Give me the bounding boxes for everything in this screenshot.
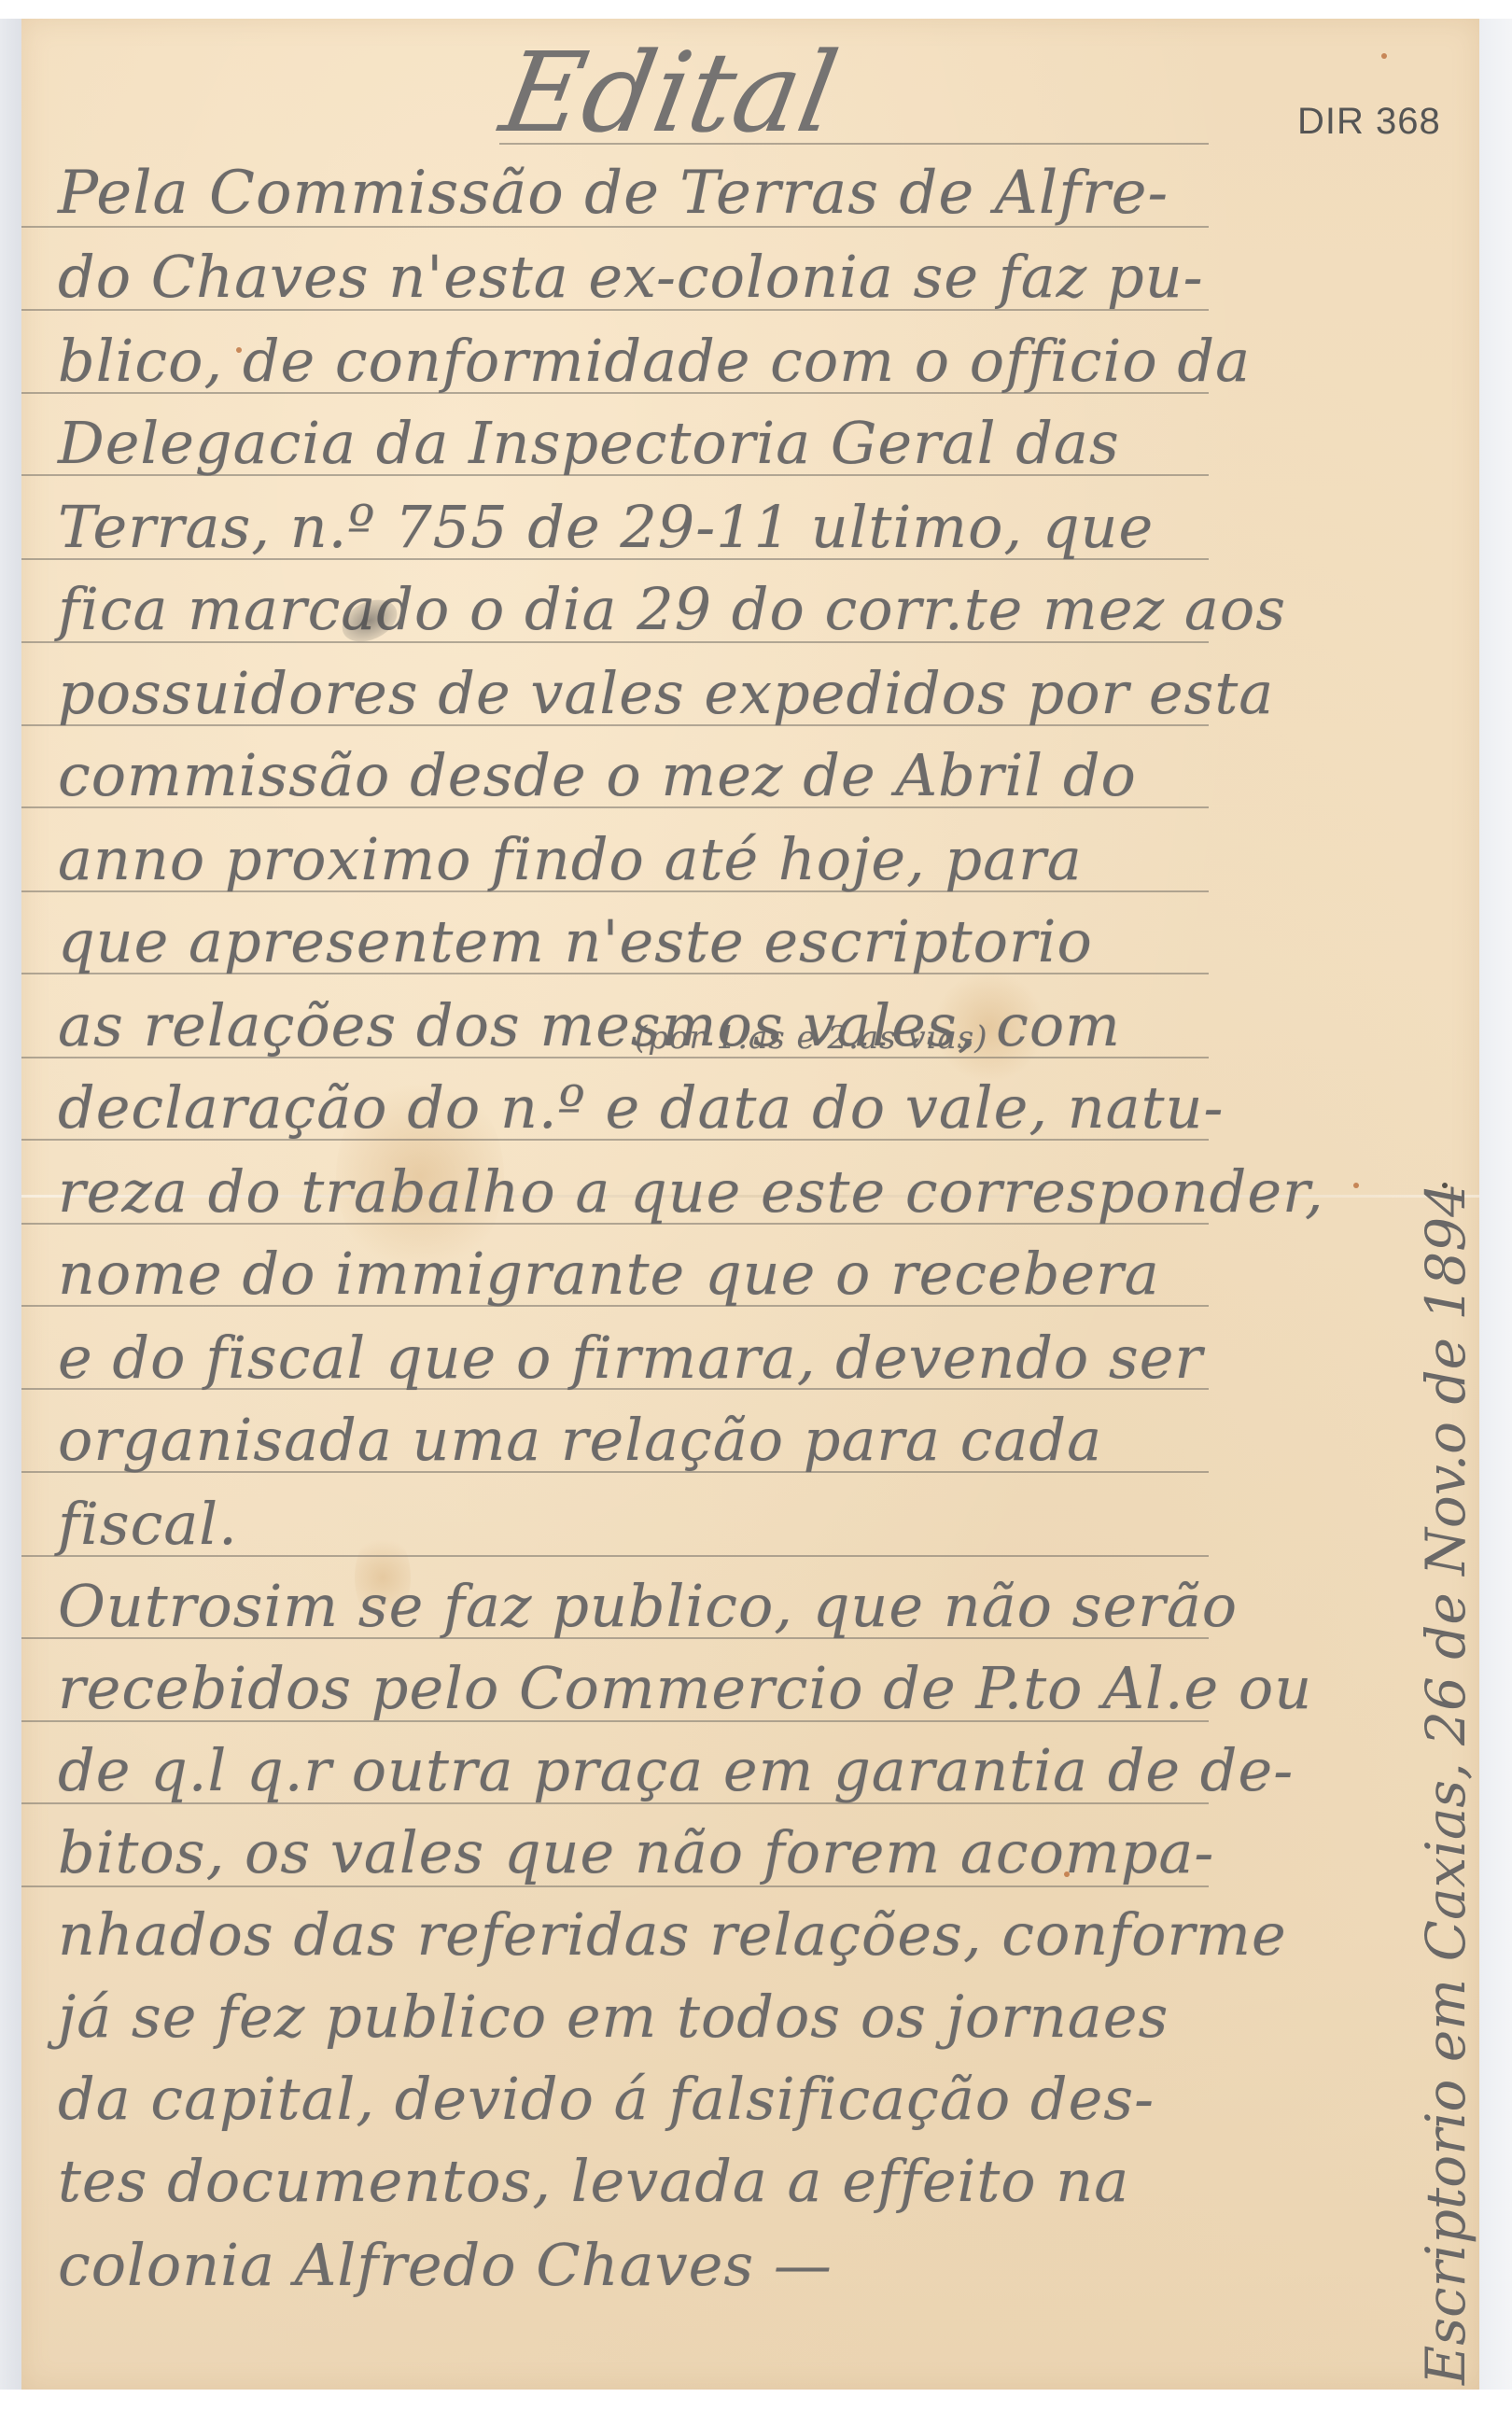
text-line-8: commissão desde o mez de Abril do xyxy=(58,741,1137,809)
text-line-11: as relações dos mesmos vales, com xyxy=(58,991,1121,1059)
text-line-25: tes documentos, levada a effeito na xyxy=(58,2147,1129,2215)
text-line-20: de q.l q.r outra praça em garantia de de… xyxy=(58,1736,1294,1804)
text-line-23: já se fez publico em todos os jornaes xyxy=(58,1983,1169,2051)
archive-reference: DIR 368 xyxy=(1297,101,1441,143)
text-line-10: que apresentem n'este escriptorio xyxy=(58,907,1093,975)
text-line-16: organisada uma relação para cada xyxy=(58,1406,1102,1474)
text-line-12: declaração do n.º e data do vale, natu- xyxy=(58,1073,1224,1142)
text-line-21: bitos, os vales que não forem acompa- xyxy=(58,1818,1214,1886)
text-line-15: e do fiscal que o firmara, devendo ser xyxy=(58,1324,1203,1392)
text-line-22: nhados das referidas relações, conforme xyxy=(58,1900,1287,1969)
ink-speck xyxy=(1381,53,1387,59)
text-line-14: nome do immigrante que o recebera xyxy=(58,1240,1160,1308)
text-line-7: possuidores de vales expedidos por esta xyxy=(58,659,1274,727)
text-line-4: Delegacia da Inspectoria Geral das xyxy=(58,409,1120,477)
text-line-19: recebidos pelo Commercio de P.to Al.e ou xyxy=(58,1654,1312,1722)
text-line-3: blico, de conformidade com o officio da xyxy=(58,327,1251,395)
text-line-13: reza do trabalho a que este corresponder… xyxy=(58,1157,1324,1226)
text-line-26-signature: colonia Alfredo Chaves — xyxy=(58,2231,833,2299)
ink-speck xyxy=(1353,1183,1359,1188)
document-title: Edital xyxy=(493,28,847,157)
text-line-9: anno proximo findo até hoje, para xyxy=(58,825,1083,893)
text-line-5: Terras, n.º 755 de 29-11 ultimo, que xyxy=(58,493,1154,561)
scanner-margin-left xyxy=(0,19,22,2390)
text-line-6: fica marcado o dia 29 do corr.te mez aos xyxy=(58,575,1286,643)
margin-note-vertical: Escriptorio em Caxias, 26 de Nov.o de 18… xyxy=(1414,1183,1477,2385)
scanner-margin-right xyxy=(1479,19,1512,2390)
text-line-18: Outrosim se faz publico, que não serão xyxy=(58,1572,1238,1640)
text-line-17: fiscal. xyxy=(58,1490,238,1558)
text-line-24: da capital, devido á falsificação des- xyxy=(58,2065,1155,2133)
text-line-1: Pela Commissão de Terras de Alfre- xyxy=(58,159,1169,228)
text-line-2: do Chaves n'esta ex-colonia se faz pu- xyxy=(58,243,1204,311)
